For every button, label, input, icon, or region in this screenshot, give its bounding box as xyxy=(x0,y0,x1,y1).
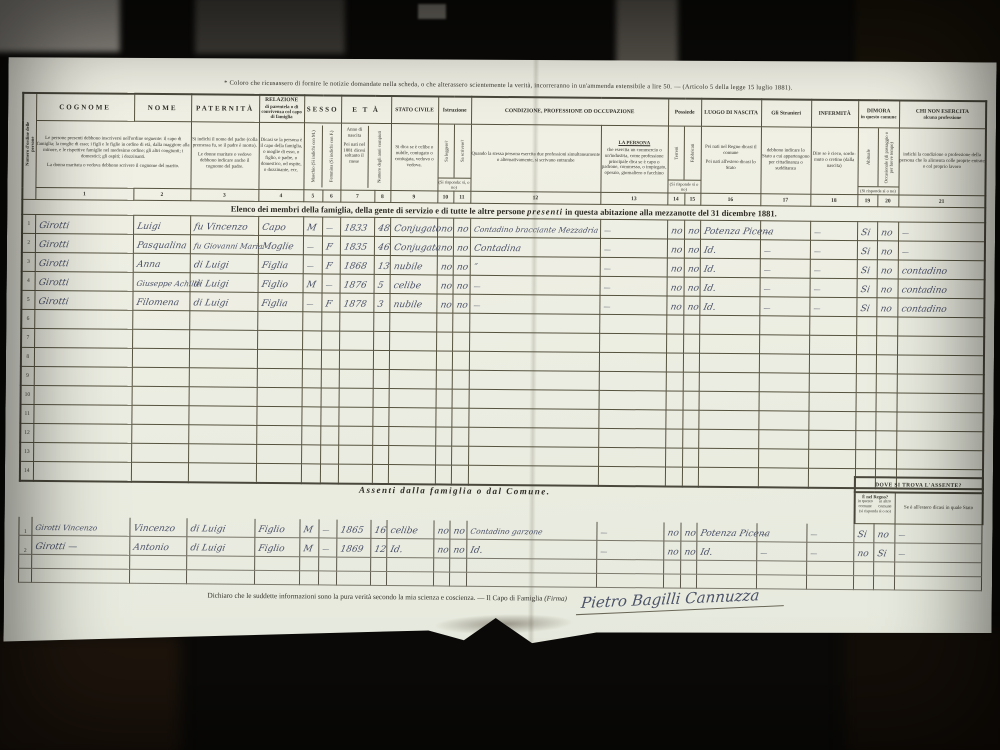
handwritten-value: — xyxy=(809,306,820,313)
cell-nome: Filomena xyxy=(132,291,189,310)
cell-relazione: Figlio xyxy=(258,273,303,292)
cell-sa-leggere: no xyxy=(437,256,453,275)
column-number: 16 xyxy=(700,193,760,206)
eta-anni-label: Numero degli anni compiuti xyxy=(377,131,382,183)
cell-relazione xyxy=(256,425,301,444)
cell-sesso-f xyxy=(320,445,338,464)
handwritten-value: Si xyxy=(857,229,871,238)
handwritten-value: no xyxy=(666,265,682,274)
column-header-istruzione: Istruzione xyxy=(438,96,471,124)
handwritten-value: — xyxy=(757,550,768,557)
cell-anno-nascita: 1876 xyxy=(340,274,374,293)
row-number: 8 xyxy=(21,347,34,366)
handwritten-value: — xyxy=(807,532,818,539)
cell-paternita: di Luigi xyxy=(187,537,255,557)
handwritten-value: no xyxy=(876,267,892,276)
cell-la-persona: — xyxy=(599,295,666,315)
cell-la-persona xyxy=(599,333,666,353)
handwritten-value: no xyxy=(663,548,679,557)
cell-anni-compiuti: 13 xyxy=(374,255,390,274)
firma-label: (Firma) xyxy=(544,595,567,603)
cell-luogo-nascita xyxy=(699,372,759,392)
cell-sesso-m xyxy=(301,445,320,464)
handwritten-value: Si xyxy=(874,550,888,559)
cell-infermita: — xyxy=(810,259,857,278)
note-chi-non-esercita: indichi la condizione o professione dell… xyxy=(898,128,986,196)
note-infermita: Dire se è cieco, sordo-muto o cretino (d… xyxy=(810,127,858,194)
handwritten-value: no xyxy=(683,285,699,294)
handwritten-value: no xyxy=(684,228,700,237)
cell-dimora-abituale xyxy=(856,393,876,412)
handwritten-value: no xyxy=(683,266,699,275)
cell-stato-civile: celibe xyxy=(387,520,434,539)
cell-relazione: Figlio xyxy=(255,518,300,537)
regno-questo-label: in questo comune xyxy=(855,499,875,508)
where-absent-header: DOVE SI TROVA L'ASSENTE? xyxy=(854,477,982,493)
cell-dimora-occasionale: no xyxy=(877,260,898,279)
cell-nome: Vincenzo xyxy=(130,517,187,536)
note-stato-civile: Si dica se è celibe o nubile, coniugato … xyxy=(390,124,438,191)
cell-sesso-m xyxy=(302,312,321,331)
handwritten-value: Conjugato xyxy=(390,225,442,234)
cell-sesso-f xyxy=(319,557,337,571)
cell-anno-nascita xyxy=(338,426,372,445)
cell-stato-civile: Conjugato xyxy=(390,218,437,237)
cell-possiede-terreni xyxy=(666,353,683,372)
cell-sesso-m xyxy=(302,331,321,350)
handwritten-value: — xyxy=(321,282,332,289)
cell-cognome xyxy=(33,404,131,424)
cell-luogo-nascita xyxy=(697,560,757,575)
cell-relazione xyxy=(257,311,302,330)
handwritten-value: Vincenzo xyxy=(130,525,176,534)
cell-luogo-nascita xyxy=(699,391,759,411)
cell-stranieri xyxy=(758,411,808,430)
cell-stato-civile xyxy=(388,446,435,465)
cell-stranieri xyxy=(757,561,807,575)
cell-stranieri: — xyxy=(759,297,809,316)
cell-sa-leggere xyxy=(434,558,450,572)
note-istruzione: Sa leggere? Sa scrivere? (Si risponda: s… xyxy=(437,124,471,191)
handwritten-value: — xyxy=(303,244,314,251)
sa-leggere-label: Sa leggere? xyxy=(443,140,448,161)
handwritten-value: Figlia xyxy=(257,262,288,271)
cell-possiede-terreni xyxy=(663,574,680,588)
note-relazione: Dicasi se la persona è il capo della fam… xyxy=(258,122,304,189)
cell-sa-leggere xyxy=(436,370,452,389)
cell-stato-civile: nubile xyxy=(389,294,436,313)
cell-possiede-terreni xyxy=(666,334,683,353)
handwritten-value: no xyxy=(437,244,453,253)
cell-possiede-terreni xyxy=(666,372,683,391)
cell-condizione-professione xyxy=(466,572,596,587)
handwritten-value: di Luigi xyxy=(189,280,228,289)
cell-cognome: Girotti xyxy=(35,233,133,253)
cell-luogo-nascita xyxy=(699,334,759,354)
cell-sesso-m: M xyxy=(303,217,322,236)
cell-dimora-abituale: Si xyxy=(857,279,877,298)
cell-dimora-abituale xyxy=(855,412,875,431)
cell-chi-non-esercita xyxy=(897,336,984,356)
cell-condizione-professione: Contadino bracciante Mezzadria xyxy=(470,218,600,238)
dimora-note: (Si risponda sì o no) xyxy=(858,186,898,194)
cell-cognome: Girotti xyxy=(35,214,133,234)
cell-nome xyxy=(131,443,188,462)
handwritten-value: 48 xyxy=(374,225,390,234)
where-absent-estero: Se è all'estero dicasi in quale Stato xyxy=(895,492,982,524)
cell-anno-nascita xyxy=(336,571,370,585)
handwritten-value: — xyxy=(303,263,314,270)
cell-sesso-f xyxy=(321,350,339,369)
handwritten-value: fu Vincenzo xyxy=(190,223,248,232)
cell-anni-compiuti xyxy=(373,331,389,350)
cell-chi-non-esercita xyxy=(897,355,984,375)
cell-paternita xyxy=(187,556,255,571)
handwritten-value: di Luigi xyxy=(186,544,225,553)
handwritten-value: Girotti — xyxy=(31,543,77,552)
handwritten-value: Id. xyxy=(386,546,403,555)
handwritten-value: Antonio xyxy=(129,544,169,553)
cell-la-persona xyxy=(599,390,666,410)
handwritten-value: Capo xyxy=(258,224,286,233)
cell-possiede-fabbricati: no xyxy=(684,277,700,296)
handwritten-value: no xyxy=(664,529,680,538)
handwritten-value: no xyxy=(452,283,468,292)
istruzione-note: (Si risponda: sì, o no) xyxy=(438,177,470,190)
cell-sesso-m xyxy=(301,407,320,426)
handwritten-value: Id. xyxy=(699,266,716,275)
cell-stato-civile: Conjugata xyxy=(390,237,437,256)
cell-sesso-m: M xyxy=(303,274,322,293)
cell-la-persona xyxy=(599,371,666,391)
penalty-note: * Coloro che ricusassero di fornire le n… xyxy=(118,79,898,93)
cell-paternita xyxy=(189,387,257,407)
cell-possiede-fabbricati: no xyxy=(684,258,700,277)
column-number: 14 xyxy=(667,193,684,205)
cell-cognome xyxy=(32,554,130,569)
cell-sesso-m xyxy=(301,426,320,445)
cell-infermita: — xyxy=(810,240,857,259)
regno-altro-label: in altro comune xyxy=(875,499,895,508)
cell-cognome: Girotti xyxy=(35,252,133,272)
cell-relazione xyxy=(254,570,299,584)
handwritten-value: no xyxy=(666,303,682,312)
cell-stato-civile: Id. xyxy=(387,539,434,558)
column-number: 9 xyxy=(390,191,437,203)
cell-possiede-fabbricati xyxy=(682,429,698,448)
cell-condizione-professione: Id. xyxy=(467,539,597,559)
handwritten-value: Si xyxy=(856,305,870,314)
cell-sesso-f xyxy=(321,312,339,331)
cell-cognome xyxy=(34,309,132,329)
handwritten-value: no xyxy=(436,282,452,291)
cell-nome xyxy=(132,310,189,329)
cell-relazione: Figlia xyxy=(258,254,303,273)
cell-sa-scrivere: no xyxy=(452,294,469,313)
column-header-luogo-nascita: LUOGO DI NASCITA xyxy=(701,99,761,127)
cell-paternita: di Luigi xyxy=(190,273,258,293)
cell-regno-questo-comune: Si xyxy=(854,524,874,543)
handwritten-value: — xyxy=(600,266,611,273)
column-header-possiede: Possiede xyxy=(668,98,701,126)
cell-possiede-fabbricati: no xyxy=(683,296,699,315)
cell-sesso-m: — xyxy=(303,236,322,255)
cell-sa-scrivere: no xyxy=(450,520,467,539)
row-number: 10 xyxy=(21,385,34,404)
cell-infermita xyxy=(809,316,856,335)
cell-anno-nascita: 1878 xyxy=(339,293,373,312)
handwritten-value: — xyxy=(760,229,771,236)
handwritten-value: 1876 xyxy=(339,282,367,291)
cell-condizione-professione xyxy=(468,408,598,428)
cell-estero-stato xyxy=(895,576,982,591)
cell-cognome xyxy=(31,568,129,583)
column-number: 10 xyxy=(437,191,453,203)
cell-possiede-fabbricati xyxy=(683,315,699,334)
handwritten-value: di Luigi xyxy=(189,299,228,308)
handwritten-value: — xyxy=(597,530,608,537)
handwritten-value: Contadina xyxy=(470,245,522,254)
note-la-persona: LA PERSONAche esercita un commercio o un… xyxy=(600,125,668,193)
handwritten-value: Si xyxy=(857,248,871,257)
cell-infermita: — xyxy=(810,221,857,240)
cell-nome xyxy=(132,367,189,386)
cell-sa-scrivere xyxy=(451,408,468,427)
cell-stato-civile: nubile xyxy=(390,256,437,275)
handwritten-value: M xyxy=(303,224,317,233)
cell-sesso-f: — xyxy=(319,519,337,538)
row-number xyxy=(18,568,31,582)
handwritten-value: Luigi xyxy=(133,223,161,232)
handwritten-value: 46 xyxy=(374,244,390,253)
cell-sesso-f: F xyxy=(321,293,339,312)
cell-stato-civile xyxy=(389,313,436,332)
cell-possiede-terreni xyxy=(665,429,682,448)
handwritten-value: Filomena xyxy=(132,299,179,308)
cell-dimora-abituale: Si xyxy=(856,298,876,317)
column-number: 12 xyxy=(470,191,600,204)
note-condizione: Quando la stessa persona esercita due pr… xyxy=(470,124,601,192)
where-absent-regno: È nel Regno? in questo comune in altro c… xyxy=(854,492,895,524)
handwritten-value: — xyxy=(810,268,821,275)
column-header-chi-non-esercita: CHI NON ESERCITAalcuna professione xyxy=(899,100,986,128)
cell-paternita: fu Vincenzo xyxy=(190,216,258,236)
cell-sa-leggere: no xyxy=(437,237,453,256)
cell-la-persona xyxy=(599,352,666,372)
handwritten-value: — xyxy=(469,284,480,291)
cell-sa-scrivere xyxy=(452,351,469,370)
handwritten-value: Girotti Vincenzo xyxy=(32,524,98,532)
column-number: 1 xyxy=(35,187,133,200)
handwritten-value: contadino xyxy=(897,286,947,295)
cell-regno-questo-comune: no xyxy=(854,543,874,562)
cell-sa-leggere: no xyxy=(436,294,452,313)
cell-nome xyxy=(130,555,187,569)
cell-paternita xyxy=(188,425,256,445)
cell-condizione-professione xyxy=(469,370,599,390)
cell-anno-nascita xyxy=(338,407,372,426)
cell-stato-civile xyxy=(389,370,436,389)
cell-nome xyxy=(132,348,189,367)
background-patch xyxy=(418,4,446,19)
cell-la-persona xyxy=(597,559,664,574)
sesso-femmina-label: Femmina (Si indichi con F.) xyxy=(329,131,334,183)
handwritten-value: Figlio xyxy=(254,545,285,554)
cell-possiede-terreni: no xyxy=(664,541,681,560)
cell-sesso-f xyxy=(320,407,338,426)
cell-relazione xyxy=(255,556,300,570)
cell-sa-leggere xyxy=(436,313,452,332)
cell-possiede-terreni: no xyxy=(667,258,684,277)
cell-anno-nascita: 1868 xyxy=(340,255,374,274)
handwritten-value: — xyxy=(809,287,820,294)
cell-anni-compiuti xyxy=(373,312,389,331)
cell-sa-leggere xyxy=(436,351,452,370)
cell-sa-leggere xyxy=(435,446,451,465)
column-header-infermita: INFERMITÀ xyxy=(811,100,858,128)
row-number: 6 xyxy=(21,309,34,328)
cell-dimora-abituale xyxy=(856,336,876,355)
absent-persons-table: DOVE SI TROVA L'ASSENTE? È nel Regno? in… xyxy=(18,469,984,591)
column-number: 3 xyxy=(190,189,258,202)
cell-anni-compiuti xyxy=(372,407,388,426)
handwritten-value: ″ xyxy=(469,264,477,273)
handwritten-value: no xyxy=(667,246,683,255)
cell-regno-altro-comune xyxy=(874,576,895,590)
cell-sa-scrivere: no xyxy=(453,275,470,294)
cell-anni-compiuti: 16 xyxy=(371,519,387,538)
possiede-note: (Si risponde sì o no) xyxy=(668,179,700,192)
photo-of-census-sheet: * Coloro che ricusassero di fornire le n… xyxy=(0,0,1000,750)
cell-sesso-f: — xyxy=(319,538,337,557)
handwritten-value: — xyxy=(469,303,480,310)
cell-infermita xyxy=(809,335,856,354)
cell-regno-altro-comune xyxy=(874,562,895,576)
cell-sesso-f xyxy=(320,426,338,445)
handwritten-value: celibe xyxy=(389,282,421,291)
cell-sesso-m: M xyxy=(300,538,319,557)
background-patch xyxy=(195,0,345,54)
handwritten-value: no xyxy=(452,302,468,311)
cell-sesso-f xyxy=(321,388,339,407)
cell-possiede-fabbricati: no xyxy=(684,239,700,258)
cell-stato-civile xyxy=(389,351,436,370)
cell-anno-nascita xyxy=(339,312,373,331)
cell-possiede-fabbricati xyxy=(682,410,698,429)
background-patch xyxy=(845,628,1000,750)
cell-stranieri xyxy=(759,373,809,392)
column-number: 21 xyxy=(898,195,985,208)
cell-regno-altro-comune: Si xyxy=(874,543,895,562)
handwritten-value: Si xyxy=(854,531,868,540)
cell-condizione-professione: ″ xyxy=(470,256,600,276)
cell-stato-civile xyxy=(389,389,436,408)
cell-sesso-f xyxy=(321,369,339,388)
cell-sesso-m xyxy=(302,388,321,407)
row-number: 7 xyxy=(21,328,34,347)
cell-luogo-nascita: Id. xyxy=(700,239,760,259)
background-patch xyxy=(0,636,180,750)
handwritten-value: no xyxy=(876,286,892,295)
handwritten-value: — xyxy=(302,301,313,308)
cell-relazione xyxy=(257,368,302,387)
cell-sa-scrivere xyxy=(452,332,469,351)
cell-condizione-professione xyxy=(469,351,599,371)
column-number: 13 xyxy=(600,192,667,205)
cell-dimora-abituale xyxy=(856,317,876,336)
cell-sesso-f: F xyxy=(322,255,340,274)
cell-anni-compiuti xyxy=(372,426,388,445)
handwritten-value: — xyxy=(760,267,771,274)
cell-chi-non-esercita xyxy=(896,412,983,432)
column-header-stranieri: Gli Stranieri xyxy=(761,99,811,127)
cell-luogo-nascita: Potenza Picena xyxy=(697,522,757,542)
cell-condizione-professione xyxy=(469,313,599,333)
cell-stato-civile xyxy=(388,427,435,446)
handwritten-value: — xyxy=(898,230,909,237)
cell-anno-nascita xyxy=(339,369,373,388)
handwritten-value: contadino xyxy=(897,305,947,314)
handwritten-value: no xyxy=(453,245,469,254)
handwritten-value: no xyxy=(876,305,892,314)
cell-regno-questo-comune xyxy=(854,562,874,576)
cell-cognome xyxy=(34,328,132,348)
handwritten-value: Si xyxy=(856,286,870,295)
cell-dimora-abituale: Si xyxy=(857,241,877,260)
cell-possiede-fabbricati xyxy=(683,372,699,391)
handwritten-value: Contadino bracciante Mezzadria xyxy=(470,226,598,235)
row-number: 12 xyxy=(20,423,33,442)
handwritten-value: F xyxy=(321,262,332,271)
cell-infermita xyxy=(809,354,856,373)
handwritten-value: no xyxy=(453,226,469,235)
cell-sa-scrivere xyxy=(451,427,468,446)
cell-condizione-professione xyxy=(469,332,599,352)
cell-paternita: fu Giovanni Maria xyxy=(190,235,258,255)
cell-cognome xyxy=(34,385,132,405)
cell-infermita xyxy=(808,430,855,449)
cell-paternita xyxy=(189,311,257,331)
cell-estero-stato: — xyxy=(895,524,982,544)
cell-anni-compiuti xyxy=(372,445,388,464)
torn-edge-shadow xyxy=(433,612,573,636)
cell-condizione-professione xyxy=(468,427,598,447)
cell-chi-non-esercita xyxy=(897,393,984,413)
cell-anni-compiuti xyxy=(373,350,389,369)
cell-stato-civile xyxy=(386,572,433,586)
handwritten-value: Girotti xyxy=(34,260,69,269)
cell-anno-nascita xyxy=(339,331,373,350)
cell-dimora-occasionale xyxy=(876,355,897,374)
handwritten-value: fu Giovanni Maria xyxy=(190,242,263,250)
column-header-dimora: DIMORAin questo comune xyxy=(858,100,899,128)
column-number: 17 xyxy=(760,194,810,206)
cell-possiede-fabbricati: no xyxy=(681,541,697,560)
handwritten-value: Pasqualina xyxy=(133,242,187,251)
cell-regno-questo-comune xyxy=(854,576,874,590)
handwritten-value: no xyxy=(450,528,466,537)
cell-possiede-terreni xyxy=(666,391,683,410)
handwritten-value: di Luigi xyxy=(189,261,228,270)
handwritten-value: Moglie xyxy=(258,243,294,252)
cell-la-persona xyxy=(598,447,665,467)
note-stranieri: debbono indicare lo Stato a cui apparten… xyxy=(760,127,811,194)
cell-luogo-nascita xyxy=(699,353,759,373)
cell-anni-compiuti: 12 xyxy=(371,538,387,557)
cell-la-persona: — xyxy=(600,238,667,258)
cell-anno-nascita xyxy=(339,388,373,407)
handwritten-value: — xyxy=(810,249,821,256)
